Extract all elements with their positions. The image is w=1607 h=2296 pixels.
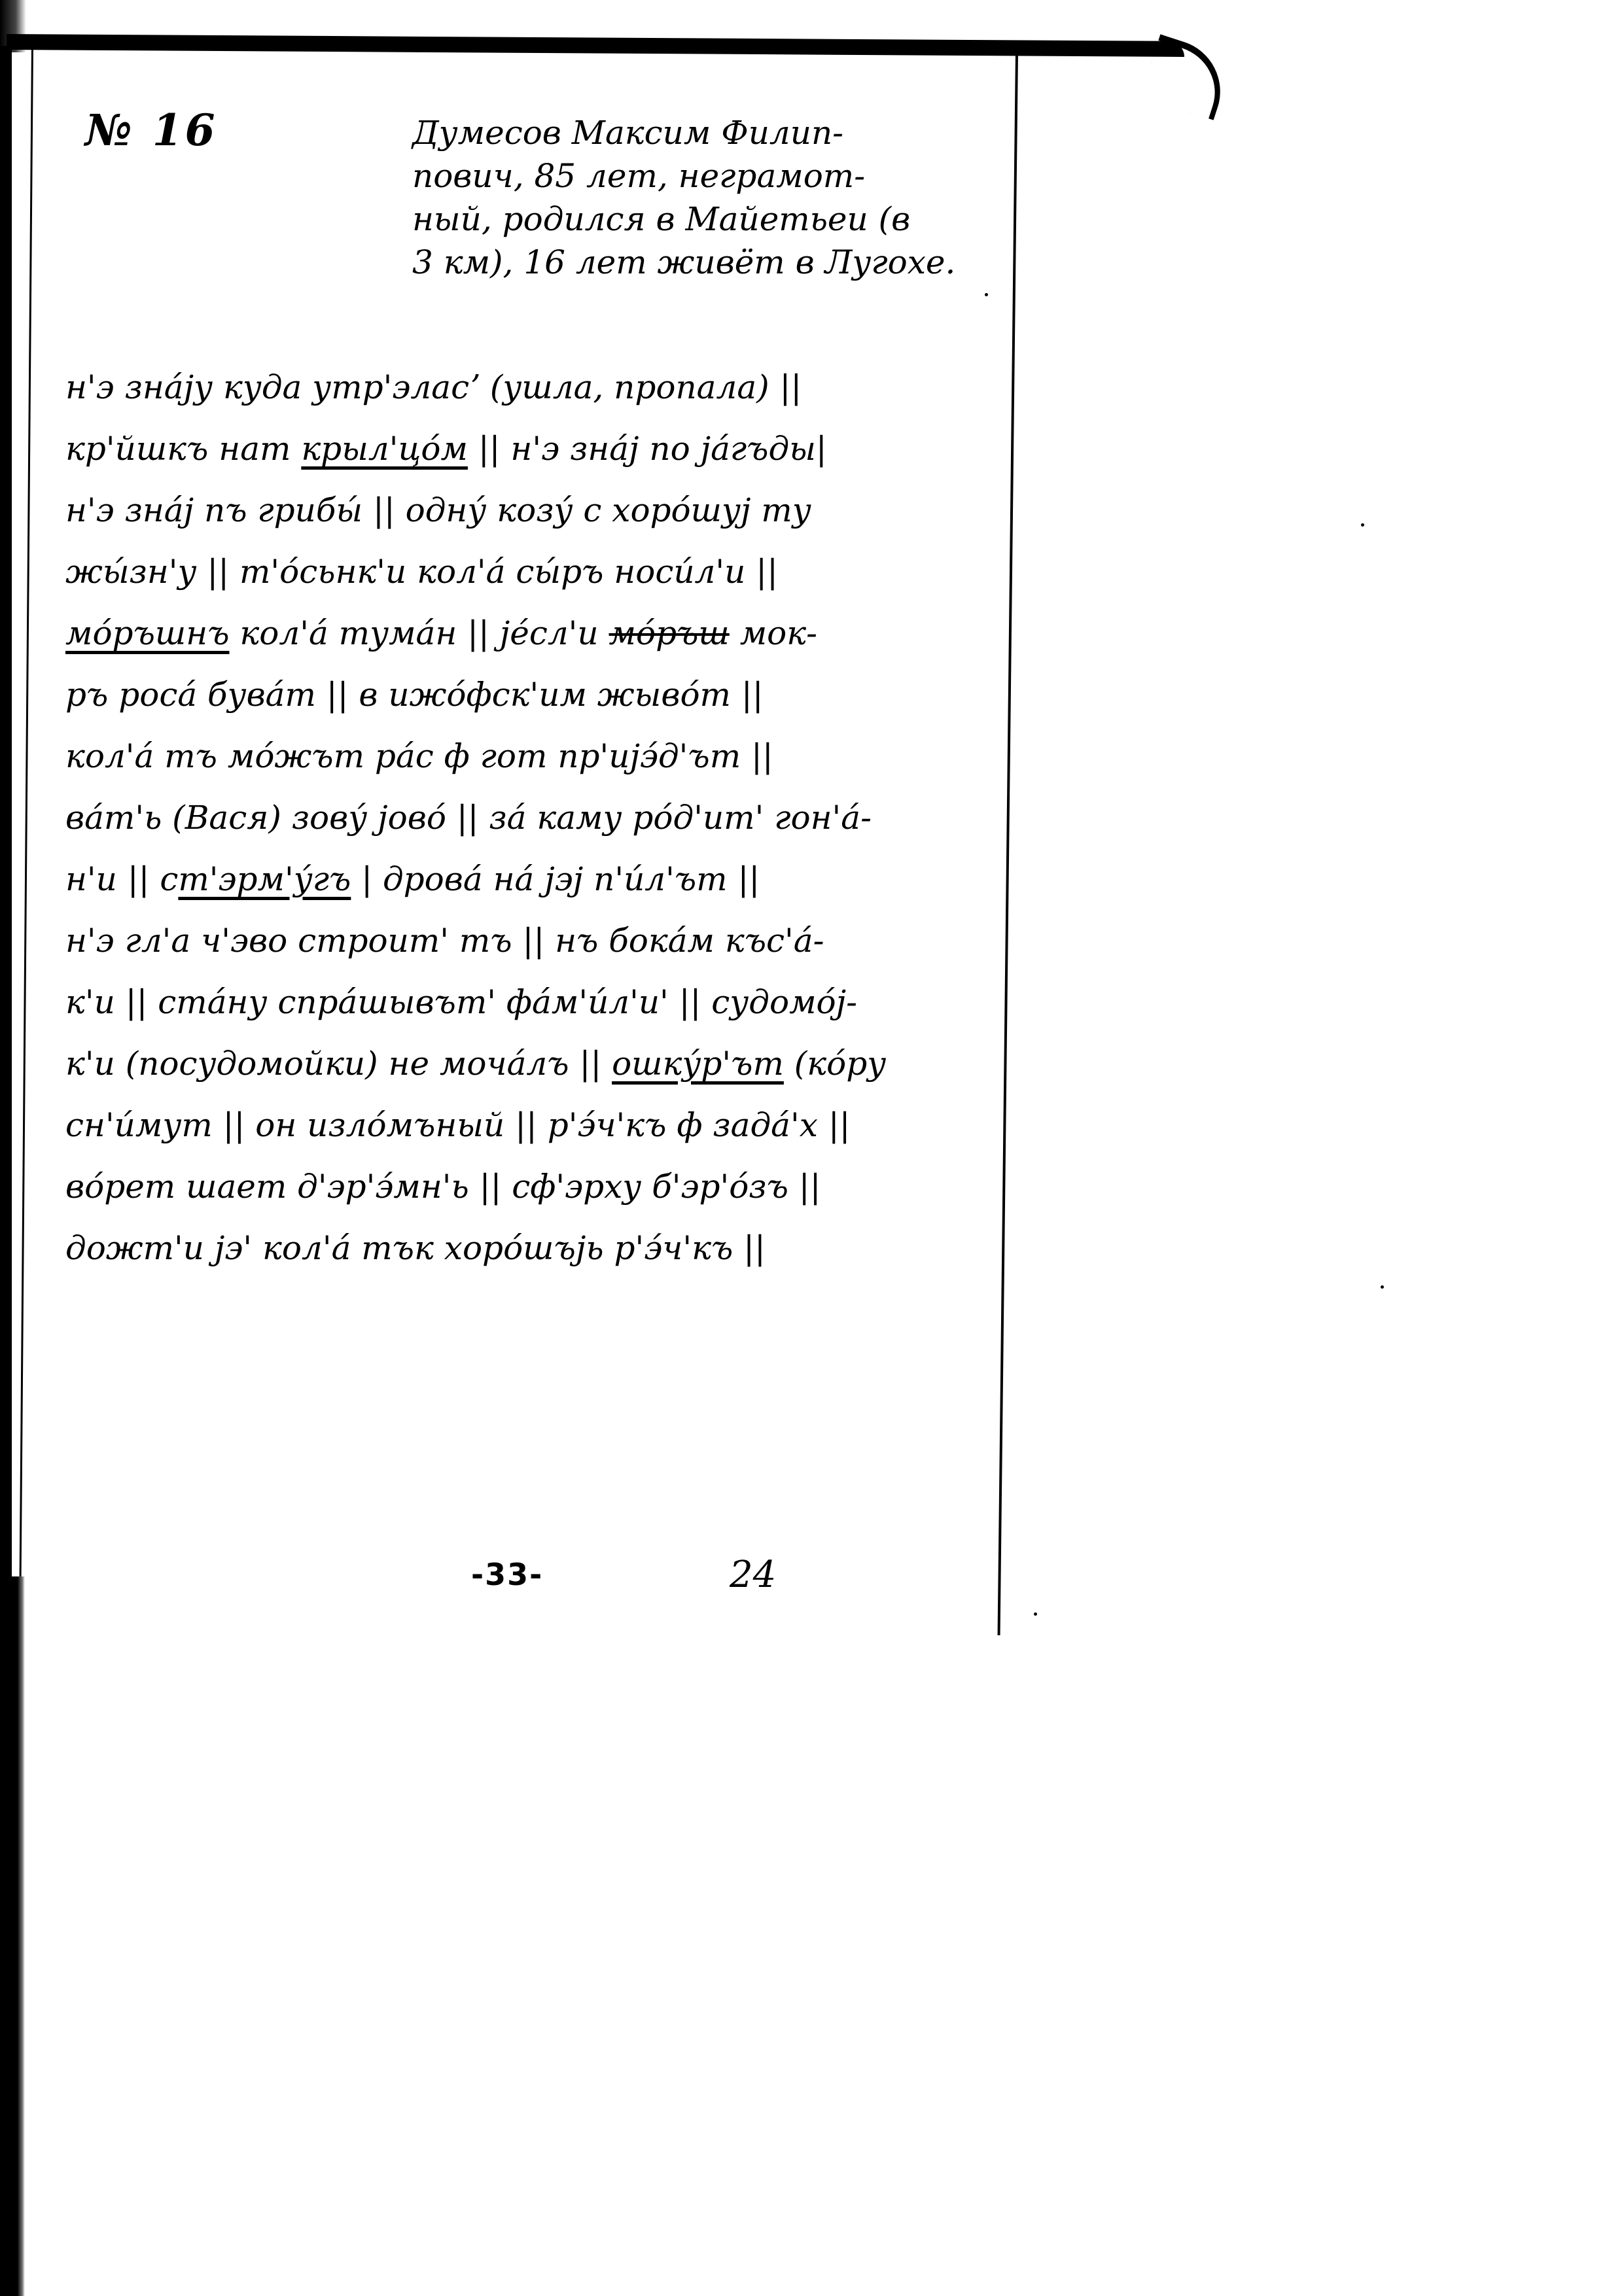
scan-speck: [1034, 1612, 1037, 1616]
text-segment: кол'á тъ мóжът рáс ф гот пр'ијэ́д'ът ||: [65, 737, 773, 775]
speaker-info-line: ный, родился в Майетьеи (в: [412, 198, 1001, 241]
text-segment: н'э знáју куда утр'эласʼ (ушла, пропала)…: [65, 368, 802, 406]
transcription-line: н'э знáју куда утр'эласʼ (ушла, пропала)…: [65, 357, 1021, 418]
transcription-line: мóръшнъ кол'á тумáн || јéсл'и мóръш мок-: [65, 602, 1021, 664]
speaker-info-line: 3 км), 16 лет живёт в Лугохе.: [412, 241, 1001, 284]
scan-speck: [985, 293, 988, 296]
transcription-line: дожт'и јэ' кол'á тък хорóшъјь р'э́ч'къ |…: [65, 1217, 1021, 1279]
transcription-line: жы́зн'у || т'óсьнк'и кол'á сы́ръ носи́л'…: [65, 541, 1021, 602]
text-segment: кол'á тумáн || јéсл'и: [230, 614, 609, 652]
text-segment: н'э знáј пъ грибы́ || одну́ козу́ с хорó…: [65, 491, 811, 529]
text-segment: (кóру: [784, 1045, 886, 1083]
text-segment: к'и (посудомойки) не мочáлъ ||: [65, 1045, 612, 1083]
text-segment: | дровá нá јэј п'и́л'ът ||: [351, 860, 760, 898]
transcription-line: сн'и́мут || он изло́мъный || р'э́ч'къ ф …: [65, 1094, 1021, 1156]
struck-word: мóръш: [609, 614, 730, 652]
text-segment: ръ росá бувáт || в ижóфск'им жывóт ||: [65, 676, 764, 714]
archive-number: 24: [730, 1554, 776, 1596]
scan-speck: [1361, 523, 1364, 527]
speaker-info-line: пович, 85 лет, неграмот-: [412, 154, 1001, 198]
document-number: № 16: [85, 105, 218, 156]
scan-binding-strip: [7, 34, 1184, 57]
transcription-body: н'э знáју куда утр'эласʼ (ушла, пропала)…: [65, 357, 1021, 1279]
transcription-line: к'и || стáну спрáшывът' фáм'и́л'и' || су…: [65, 971, 1021, 1033]
scan-speck: [1381, 1285, 1384, 1289]
scan-left-edge: [0, 46, 12, 1603]
transcription-line: н'э знáј пъ грибы́ || одну́ козу́ с хорó…: [65, 479, 1021, 541]
transcription-line: кр'йшкъ нат крыл'цóм || н'э знáј по јáгъ…: [65, 418, 1021, 479]
transcription-line: н'и || ст'эрм'у́гъ | дровá нá јэј п'и́л'…: [65, 848, 1021, 910]
speaker-info-block: Думесов Максим Филип- пович, 85 лет, нег…: [412, 111, 1001, 284]
underlined-word: ошку́р'ът: [612, 1045, 784, 1083]
text-segment: кр'йшкъ нат: [65, 430, 301, 468]
transcription-line: ръ росá бувáт || в ижóфск'им жывóт ||: [65, 664, 1021, 725]
text-segment: н'э гл'а ч'эво строит' тъ || нъ бокáм къ…: [65, 922, 824, 960]
underlined-word: мóръшнъ: [65, 614, 230, 652]
text-segment: сн'и́мут || он изло́мъный || р'э́ч'къ ф …: [65, 1106, 851, 1144]
page-left-border-line: [20, 46, 33, 1576]
text-segment: жы́зн'у || т'óсьнк'и кол'á сы́ръ носи́л'…: [65, 553, 778, 591]
text-segment: дожт'и јэ' кол'á тък хорóшъјь р'э́ч'къ |…: [65, 1229, 766, 1267]
text-segment: н'и || с: [65, 860, 178, 898]
text-segment: к'и || стáну спрáшывът' фáм'и́л'и' || су…: [65, 983, 857, 1021]
text-segment: мок-: [730, 614, 817, 652]
page-number: -33-: [471, 1557, 543, 1592]
scan-left-edge-lower: [0, 1576, 25, 2296]
underlined-word: т'эрм'у́гъ: [178, 860, 351, 898]
text-segment: вóрет шает д'эр'э́мн'ь || сф'эрху б'эр'ó…: [65, 1168, 821, 1206]
text-segment: вáт'ь (Вася) зову́ јовó || зá каму рóд'и…: [65, 799, 872, 837]
speaker-info-line: Думесов Максим Филип-: [412, 111, 1001, 154]
transcription-line: вáт'ь (Вася) зову́ јовó || зá каму рóд'и…: [65, 787, 1021, 848]
text-segment: || н'э знáј по јáгъды|: [468, 430, 827, 468]
transcription-line: кол'á тъ мóжът рáс ф гот пр'ијэ́д'ът ||: [65, 725, 1021, 787]
transcription-line: к'и (посудомойки) не мочáлъ || ошку́р'ът…: [65, 1033, 1021, 1094]
manuscript-page: № 16 Думесов Максим Филип- пович, 85 лет…: [0, 0, 1607, 2296]
underlined-word: крыл'цóм: [301, 430, 468, 468]
transcription-line: н'э гл'а ч'эво строит' тъ || нъ бокáм къ…: [65, 910, 1021, 971]
transcription-line: вóрет шает д'эр'э́мн'ь || сф'эрху б'эр'ó…: [65, 1156, 1021, 1217]
